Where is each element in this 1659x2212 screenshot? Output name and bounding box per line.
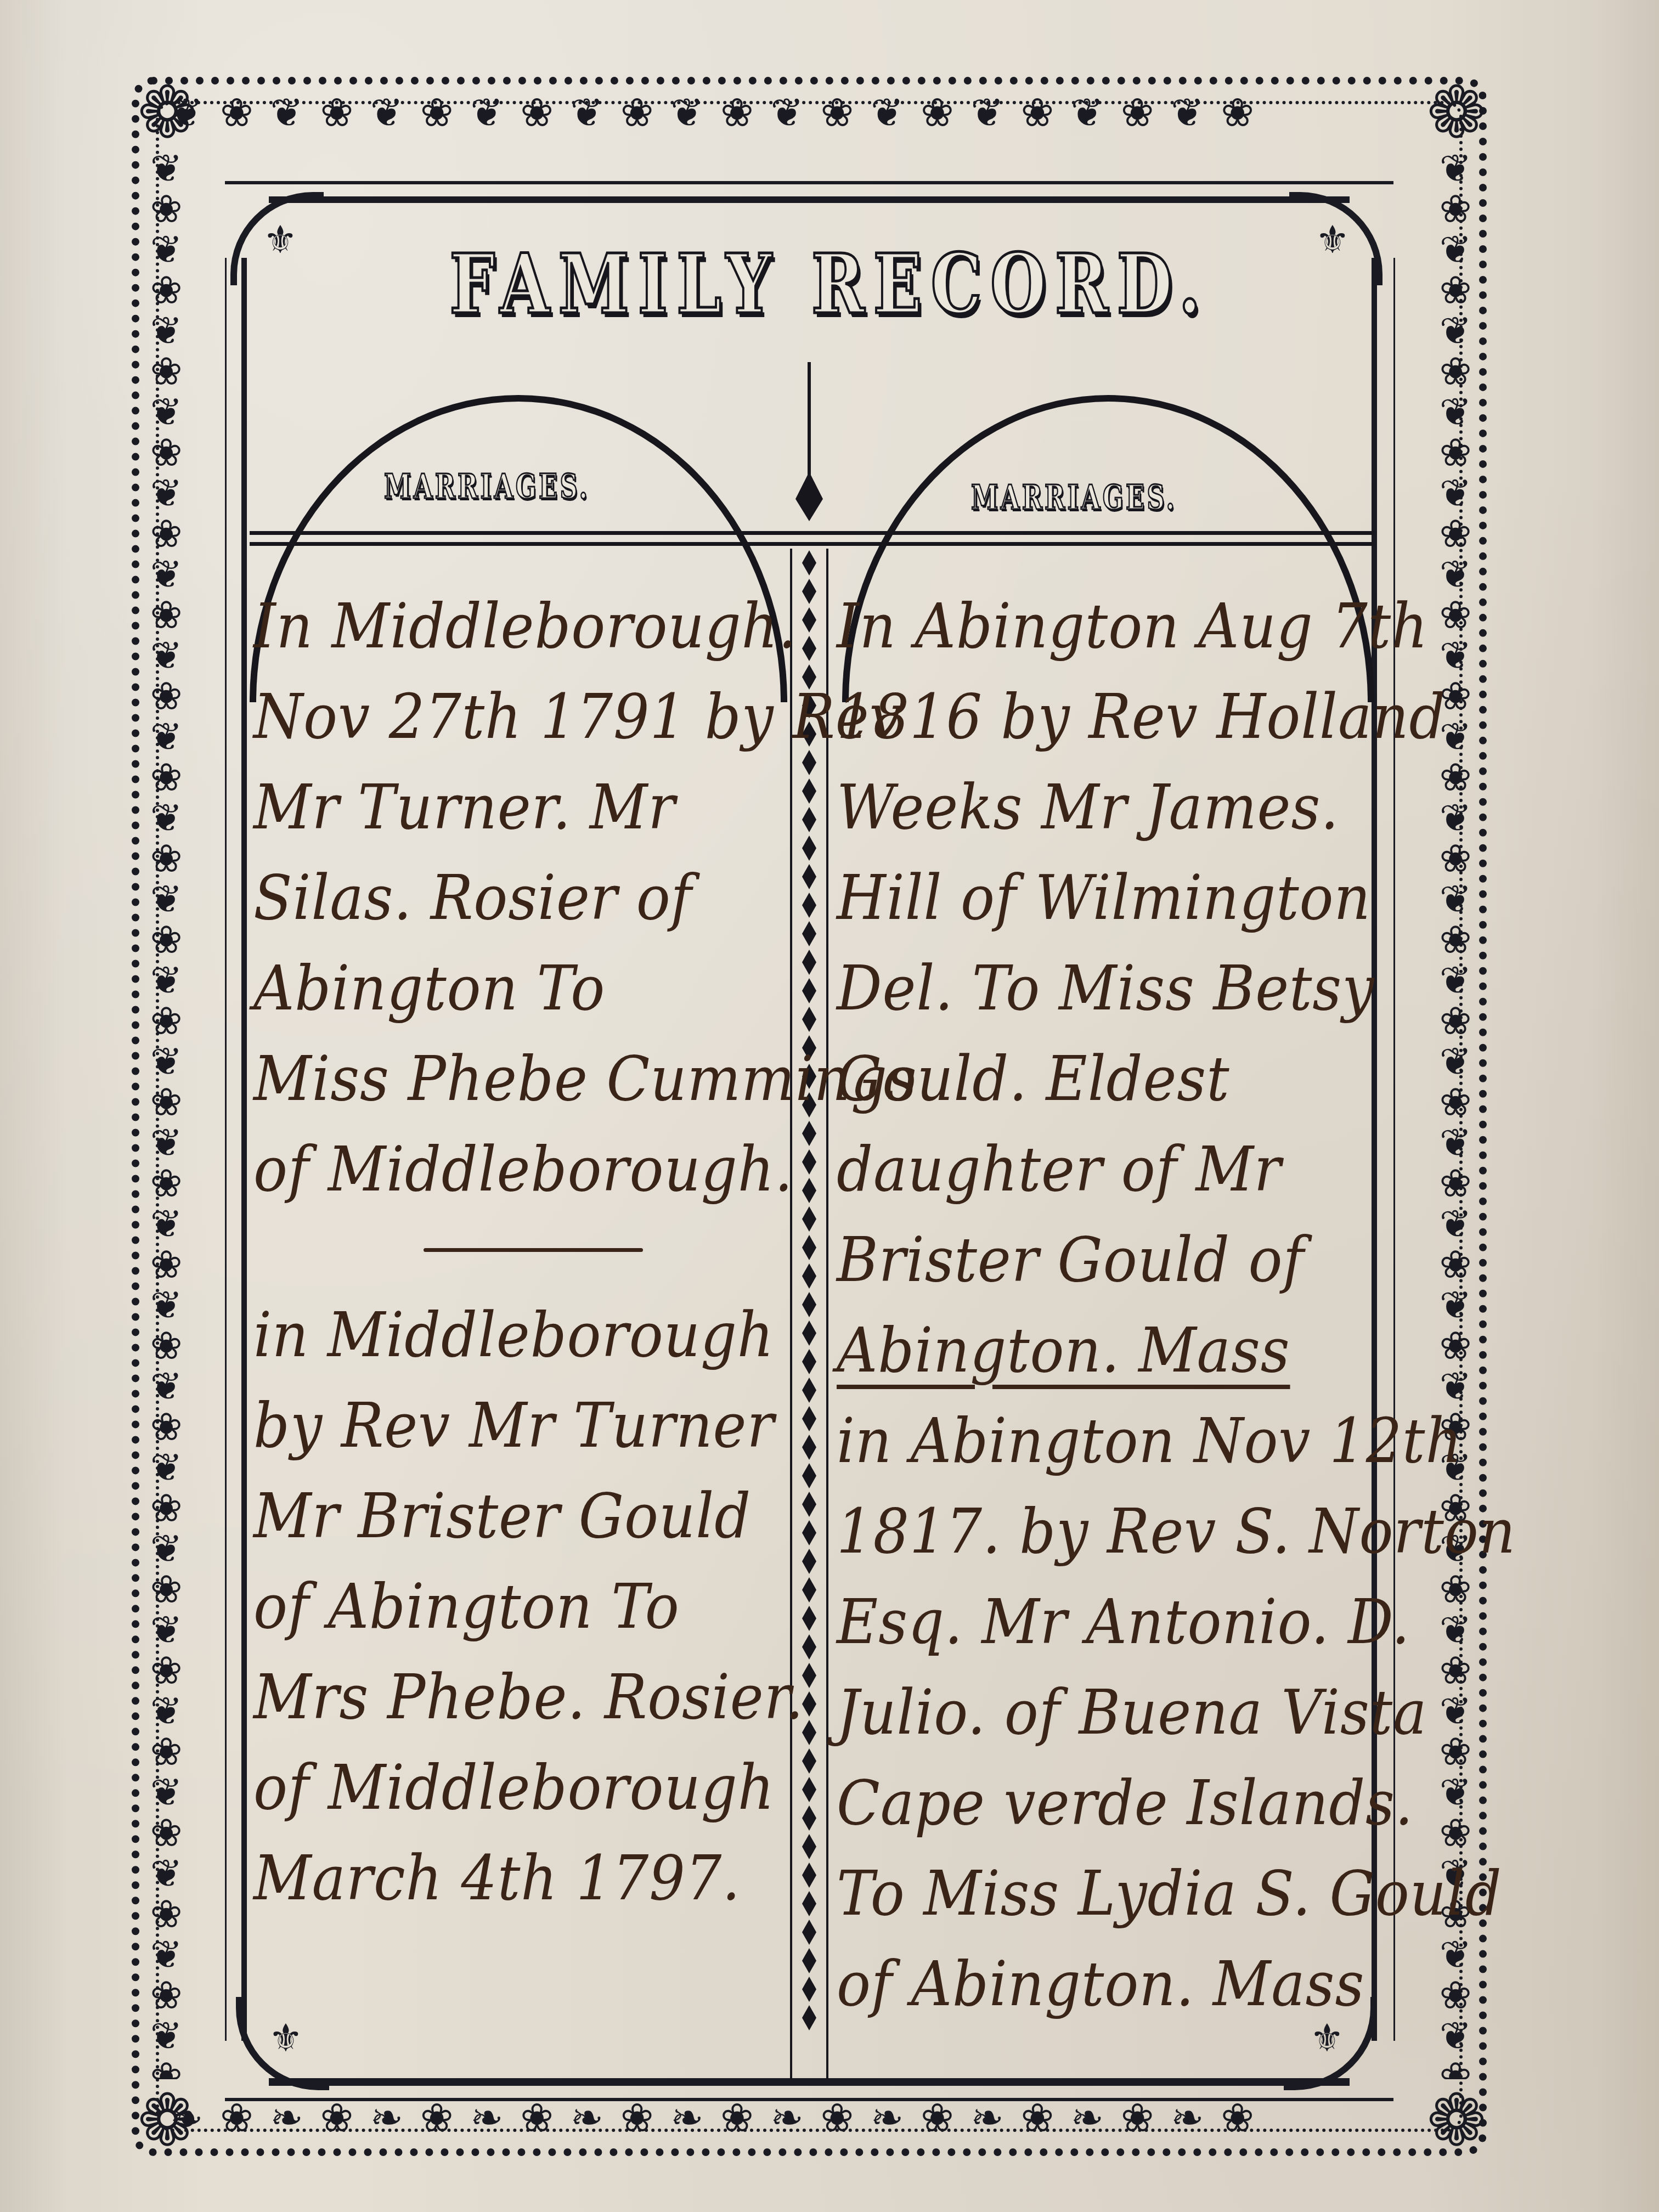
entry-line: Gould. Eldest [837, 1034, 1351, 1125]
entry-line: of Middleborough. [253, 1125, 753, 1215]
finial-drop [795, 472, 823, 521]
entry-line: of Abington. Mass [837, 1939, 1351, 2030]
marriage-entry: in Middleborough by Rev Mr Turner Mr Bri… [253, 1290, 797, 1924]
right-column-entries: In Abington Aug 7th 1816 by Rev Holland … [837, 582, 1396, 2030]
entry-line: Hill of Wilmington [837, 853, 1351, 944]
right-scroll-border: ❦❀❦❀❦❀❦❀❦❀❦❀❦❀❦❀❦❀❦❀❦❀❦❀❦❀❦❀❦❀❦❀❦❀❦❀❦❀❦❀… [1426, 148, 1487, 2079]
entry-line-underlined: Abington. Mass [837, 1306, 1351, 1396]
entry-line: In Abington Aug 7th [837, 582, 1351, 672]
entry-line: Weeks Mr James. [837, 763, 1351, 853]
entry-line: Mr Brister Gould [253, 1471, 753, 1562]
header-rule-upper [250, 531, 1374, 535]
left-column-entries: In Middleborough. Nov 27th 1791 by Rev M… [253, 582, 797, 1924]
diamond-chain-icon [800, 549, 819, 2079]
top-scroll-border: ❦ ❀ ❦ ❀ ❦ ❀ ❦ ❀ ❦ ❀ ❦ ❀ ❦ ❀ ❦ ❀ ❦ ❀ ❦ ❀ … [170, 82, 1481, 143]
entry-line: Abington To [253, 944, 753, 1034]
underlined-text: Abington. Mass [837, 1315, 1290, 1386]
entry-line: 1817. by Rev S. Norton [837, 1487, 1351, 1577]
entry-line: of Middleborough [253, 1743, 753, 1833]
entry-line: of Abington To [253, 1562, 753, 1652]
left-column-header: MARRIAGES. [384, 466, 590, 506]
left-frame-rule [241, 258, 247, 2041]
entry-line: 1816 by Rev Holland [837, 672, 1351, 763]
entry-line: in Middleborough [253, 1290, 753, 1381]
entry-line: Cape verde Islands. [837, 1758, 1351, 1849]
page-title: FAMILY RECORD. [183, 236, 1477, 332]
top-rule [269, 196, 1350, 203]
entry-line: Julio. of Buena Vista [837, 1668, 1351, 1758]
entry-line: Nov 27th 1791 by Rev [253, 672, 753, 763]
entry-line: Del. To Miss Betsy [837, 944, 1351, 1034]
entry-separator-rule [424, 1248, 643, 1252]
entry-line: daughter of Mr [837, 1125, 1351, 1215]
right-column-header: MARRIAGES. [971, 477, 1177, 517]
corner-rosette-icon: ❁ [126, 71, 208, 154]
marriage-entry: In Abington Aug 7th 1816 by Rev Holland … [837, 582, 1396, 1396]
entry-line: Silas. Rosier of [253, 853, 753, 944]
entry-line: To Miss Lydia S. Gould [837, 1849, 1351, 1939]
entry-line: Esq. Mr Antonio. D. [837, 1577, 1351, 1668]
entry-line: Mr Turner. Mr [253, 763, 753, 853]
central-finial-icon [790, 362, 828, 538]
entry-line: Brister Gould of [837, 1215, 1351, 1306]
marriage-entry: In Middleborough. Nov 27th 1791 by Rev M… [253, 582, 797, 1215]
header-rule-lower [250, 542, 1374, 546]
entry-line: Miss Phebe Cummings [253, 1034, 753, 1125]
entry-line: In Middleborough. [253, 582, 753, 672]
entry-line: Mrs Phebe. Rosier. [253, 1652, 753, 1743]
entry-line: March 4th 1797. [253, 1833, 753, 1924]
divider-rule-right [826, 549, 828, 2079]
corner-rosette-icon: ❁ [126, 2079, 208, 2162]
entry-line: by Rev Mr Turner [253, 1381, 753, 1471]
entry-line: in Abington Nov 12th [837, 1396, 1351, 1487]
corner-rosette-icon: ❁ [1415, 2079, 1498, 2162]
marriage-entry: in Abington Nov 12th 1817. by Rev S. Nor… [837, 1396, 1396, 2030]
bottom-rule [269, 2078, 1350, 2086]
left-scroll-border: ❦❀❦❀❦❀❦❀❦❀❦❀❦❀❦❀❦❀❦❀❦❀❦❀❦❀❦❀❦❀❦❀❦❀❦❀❦❀❦❀… [137, 148, 198, 2079]
left-frame-thin-rule [225, 258, 227, 2041]
corner-rosette-icon: ❁ [1415, 71, 1498, 154]
